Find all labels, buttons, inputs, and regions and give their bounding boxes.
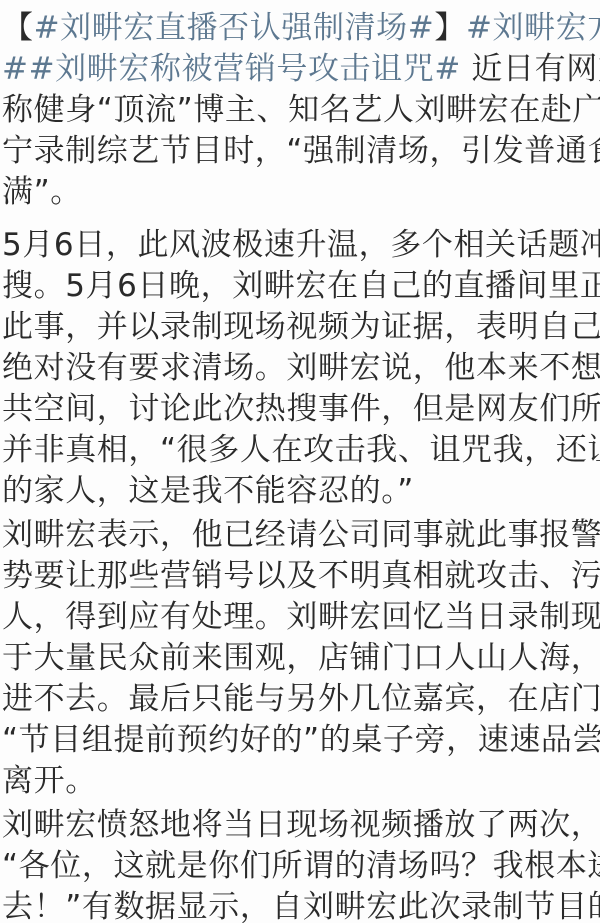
body-text: 满”。 xyxy=(2,174,82,210)
hashtag-link[interactable]: ##刘畊宏称被营销号攻击诅咒# xyxy=(2,51,461,87)
text-line: 去！”有数据显示，自刘畊宏此次录制节目的负面 xyxy=(2,887,600,923)
body-text: 宁录制综艺节目时，“强制清场，引发普通食客不 xyxy=(2,133,600,169)
text-line: 宁录制综艺节目时，“强制清场，引发普通食客不 xyxy=(2,131,600,172)
body-text: 于大量民众前来围观，店铺门口人山人海，他根本 xyxy=(2,640,600,676)
body-text: 近日有网友爆料， xyxy=(461,51,600,87)
text-line: “节目组提前预约好的”的桌子旁，速速品尝美食便 xyxy=(2,720,600,761)
text-line: 刘畊宏愤怒地将当日现场视频播放了两次，问道： xyxy=(2,805,600,846)
body-text: 【 xyxy=(2,10,34,46)
text-line: 于大量民众前来围观，店铺门口人山人海，他根本 xyxy=(2,638,600,679)
body-text: 共空间，讨论此次热搜事件，但是网友们所讨论的 xyxy=(2,391,600,427)
body-text: 去！”有数据显示，自刘畊宏此次录制节目的负面 xyxy=(2,889,600,923)
body-text: 】 xyxy=(434,10,466,46)
body-text: 进不去。最后只能与另外几位嘉宾，在店门口一张 xyxy=(2,681,600,717)
body-text: 5月6日，此风波极速升温，多个相关话题冲上热 xyxy=(2,227,600,263)
body-text: 称健身“顶流”博主、知名艺人刘畊宏在赴广西南 xyxy=(2,92,600,128)
text-line: 进不去。最后只能与另外几位嘉宾，在店门口一张 xyxy=(2,679,600,720)
body-text: 离开。 xyxy=(2,763,97,799)
text-line: 此事，并以录制现场视频为证据，表明自己和团队 xyxy=(2,307,600,348)
body-text: “各位，这就是你们所谓的清场吗？我根本进不 xyxy=(2,848,600,884)
body-text: 并非真相，“很多人在攻击我、诅咒我，还诅咒我 xyxy=(2,432,600,468)
text-line: ##刘畊宏称被营销号攻击诅咒# 近日有网友爆料， xyxy=(2,49,600,90)
text-line: 搜。5月6日晚，刘畊宏在自己的直播间里正面回应 xyxy=(2,266,600,307)
text-line: 刘畊宏表示，他已经请公司同事就此事报警备案， xyxy=(2,515,600,556)
text-line: 人，得到应有处理。刘畊宏回忆当日录制现场，由 xyxy=(2,597,600,638)
hashtag-link[interactable]: #刘畊宏方已报警 xyxy=(466,10,600,46)
text-line: 称健身“顶流”博主、知名艺人刘畊宏在赴广西南 xyxy=(2,90,600,131)
text-line: “各位，这就是你们所谓的清场吗？我根本进不 xyxy=(2,846,600,887)
body-text: 此事，并以录制现场视频为证据，表明自己和团队 xyxy=(2,309,600,345)
article-body: 【#刘畊宏直播否认强制清场#】#刘畊宏方已报警##刘畊宏称被营销号攻击诅咒# 近… xyxy=(0,0,600,923)
body-text: 人，得到应有处理。刘畊宏回忆当日录制现场，由 xyxy=(2,599,600,635)
text-line: 势要让那些营销号以及不明真相就攻击、污蔑他的 xyxy=(2,556,600,597)
text-line: 的家人，这是我不能容忍的。” xyxy=(2,471,414,512)
text-line: 离开。 xyxy=(2,761,97,802)
text-line: 满”。 xyxy=(2,172,82,213)
text-line: 绝对没有要求清场。刘畊宏说，他本来不想占据公 xyxy=(2,348,600,389)
hashtag-link[interactable]: #刘畊宏直播否认强制清场# xyxy=(34,10,435,46)
body-text: 绝对没有要求清场。刘畊宏说，他本来不想占据公 xyxy=(2,350,600,386)
text-line: 共空间，讨论此次热搜事件，但是网友们所讨论的 xyxy=(2,389,600,430)
body-text: “节目组提前预约好的”的桌子旁，速速品尝美食便 xyxy=(2,722,600,758)
body-text: 搜。5月6日晚，刘畊宏在自己的直播间里正面回应 xyxy=(2,268,600,304)
body-text: 刘畊宏愤怒地将当日现场视频播放了两次，问道： xyxy=(2,807,600,843)
text-line: 并非真相，“很多人在攻击我、诅咒我，还诅咒我 xyxy=(2,430,600,471)
text-line: 5月6日，此风波极速升温，多个相关话题冲上热 xyxy=(2,225,600,266)
body-text: 势要让那些营销号以及不明真相就攻击、污蔑他的 xyxy=(2,558,600,594)
body-text: 的家人，这是我不能容忍的。” xyxy=(2,473,414,509)
text-line: 【#刘畊宏直播否认强制清场#】#刘畊宏方已报警 xyxy=(2,8,600,49)
body-text: 刘畊宏表示，他已经请公司同事就此事报警备案， xyxy=(2,517,600,553)
